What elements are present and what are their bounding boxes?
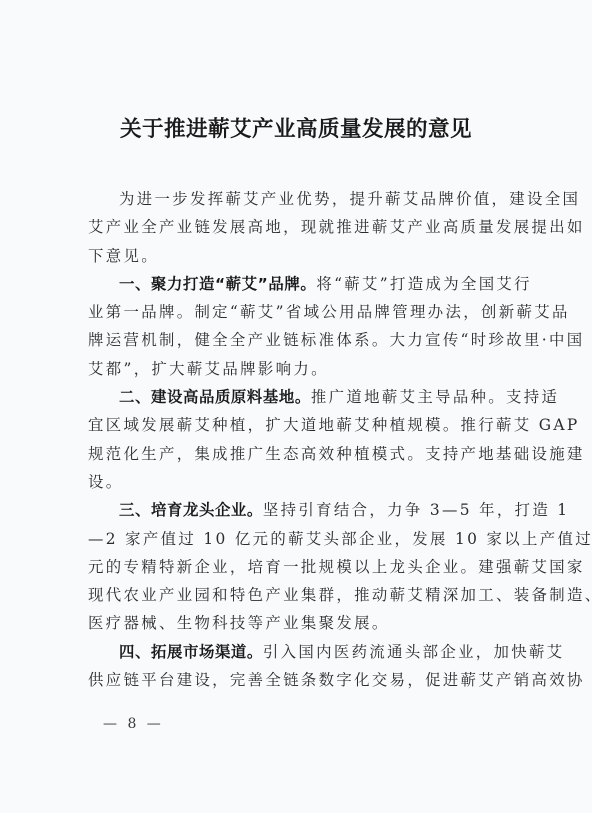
section-first-line: 三、培育龙头企业。坚持引育结合，力争 3—5 年，打造 1 xyxy=(88,496,518,524)
intro-line: 为进一步发挥蕲艾产业优势，提升蕲艾品牌价值，建设全国 xyxy=(88,185,518,213)
section-heading: 二、建设高品质原料基地。 xyxy=(119,388,311,406)
section-line: 元的专精特新企业，培育一批规模以上龙头企业。建强蕲艾国家 xyxy=(88,553,518,581)
section-heading: 三、培育龙头企业。 xyxy=(119,501,263,519)
document-body: 为进一步发挥蕲艾产业优势，提升蕲艾品牌价值，建设全国 艾产业全产业链发展高地，现… xyxy=(88,185,518,694)
section-line: 业第一品牌。制定“蕲艾”省域公用品牌管理办法，创新蕲艾品 xyxy=(88,298,518,326)
section-brand: 一、聚力打造“蕲艾”品牌。将“蕲艾”打造成为全国艾行 业第一品牌。制定“蕲艾”省… xyxy=(88,270,518,383)
section-raw-material-base: 二、建设高品质原料基地。推广道地蕲艾主导品种。支持适 宜区域发展蕲艾种植，扩大道… xyxy=(88,383,518,496)
section-first-line: 一、聚力打造“蕲艾”品牌。将“蕲艾”打造成为全国艾行 xyxy=(88,270,518,298)
document-title: 关于推进蕲艾产业高质量发展的意见 xyxy=(0,112,592,143)
section-text: 将“蕲艾”打造成为全国艾行 xyxy=(316,275,532,293)
section-market-channels: 四、拓展市场渠道。引入国内医药流通头部企业，加快蕲艾 供应链平台建设，完善全链条… xyxy=(88,638,518,695)
intro-line: 艾产业全产业链发展高地，现就推进蕲艾产业高质量发展提出如 xyxy=(88,213,518,241)
section-line: 规范化生产，集成推广生态高效种植模式。支持产地基础设施建 xyxy=(88,440,518,468)
section-first-line: 四、拓展市场渠道。引入国内医药流通头部企业，加快蕲艾 xyxy=(88,638,518,666)
section-text: 坚持引育结合，力争 3—5 年，打造 1 xyxy=(263,501,570,519)
section-line: 医疗器械、生物科技等产业集聚发展。 xyxy=(88,609,518,637)
section-line: 宜区域发展蕲艾种植，扩大道地蕲艾种植规模。推行蕲艾 GAP xyxy=(88,411,518,439)
section-line: 现代农业产业园和特色产业集群，推动蕲艾精深加工、装备制造、 xyxy=(88,581,518,609)
section-first-line: 二、建设高品质原料基地。推广道地蕲艾主导品种。支持适 xyxy=(88,383,518,411)
intro-paragraph: 为进一步发挥蕲艾产业优势，提升蕲艾品牌价值，建设全国 艾产业全产业链发展高地，现… xyxy=(88,185,518,270)
section-leading-enterprises: 三、培育龙头企业。坚持引育结合，力争 3—5 年，打造 1 —2 家产值过 10… xyxy=(88,496,518,637)
section-line: 牌运营机制，健全全产业链标准体系。大力宣传“时珍故里·中国 xyxy=(88,326,518,354)
section-line: 设。 xyxy=(88,468,518,496)
section-text: 引入国内医药流通头部企业，加快蕲艾 xyxy=(263,643,565,661)
page-number: — 8 — xyxy=(103,716,164,732)
section-heading: 四、拓展市场渠道。 xyxy=(119,643,263,661)
section-line: 供应链平台建设，完善全链条数字化交易，促进蕲艾产销高效协 xyxy=(88,666,518,694)
section-line: —2 家产值过 10 亿元的蕲艾头部企业，发展 10 家以上产值过亿 xyxy=(88,525,518,553)
intro-line: 下意见。 xyxy=(88,242,518,270)
section-text: 推广道地蕲艾主导品种。支持适 xyxy=(311,388,559,406)
section-heading: 一、聚力打造“蕲艾”品牌。 xyxy=(119,275,316,293)
document-page: 关于推进蕲艾产业高质量发展的意见 为进一步发挥蕲艾产业优势，提升蕲艾品牌价值，建… xyxy=(0,0,592,813)
section-line: 艾都”，扩大蕲艾品牌影响力。 xyxy=(88,355,518,383)
